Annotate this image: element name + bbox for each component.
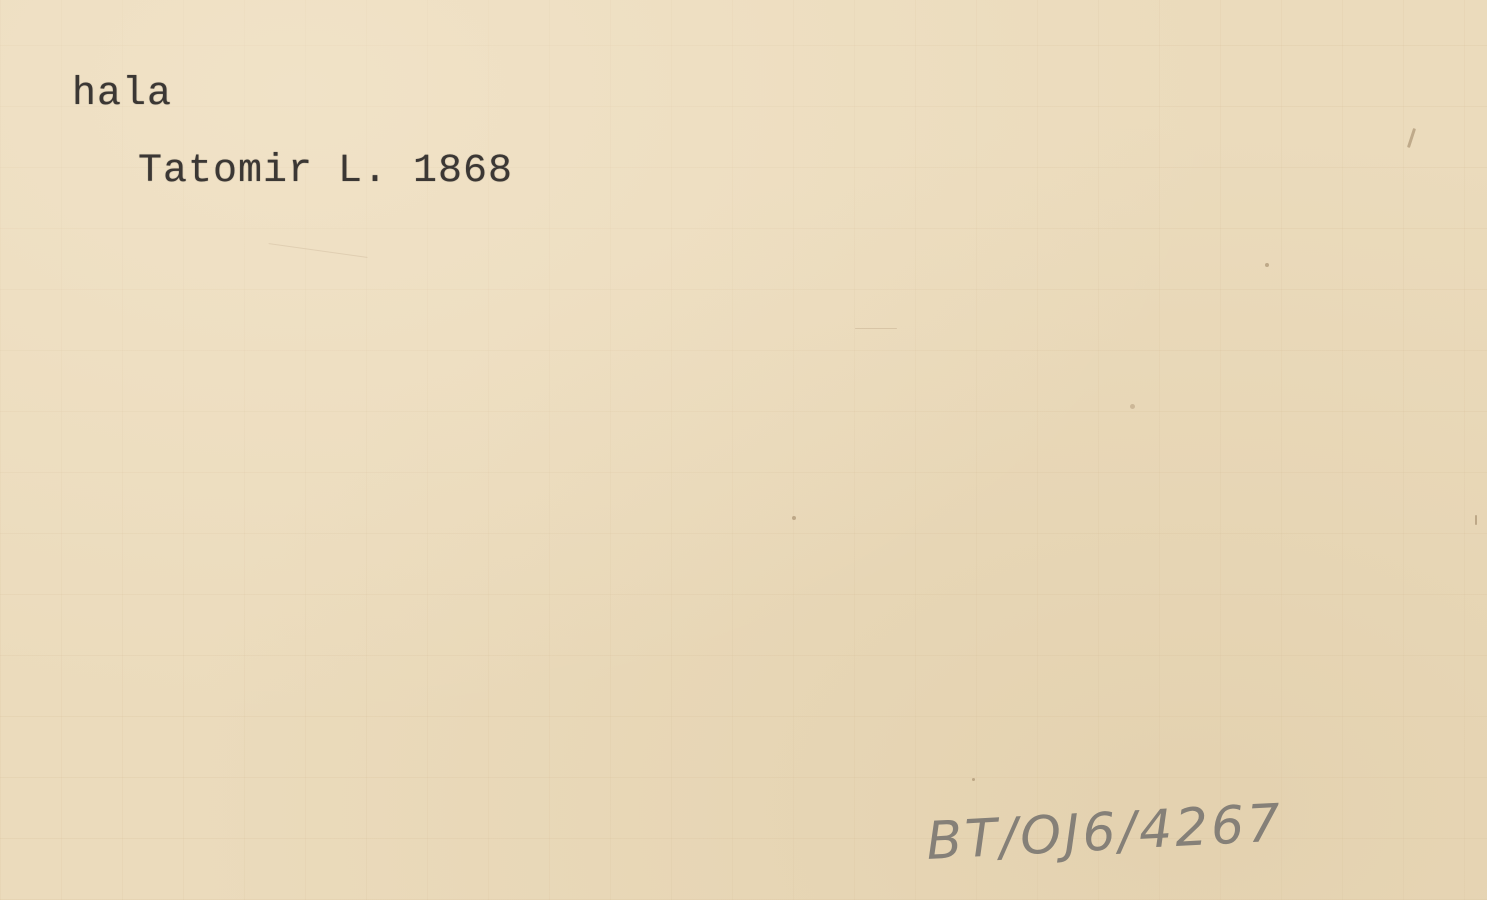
paper-fleck <box>1475 515 1477 525</box>
paper-fleck <box>792 516 796 520</box>
citation: Tatomir L. 1868 <box>138 152 513 192</box>
paper-fleck <box>1407 128 1416 148</box>
shelf-mark: BT/OJ6/4267 <box>925 793 1285 872</box>
index-card: hala Tatomir L. 1868 BT/OJ6/4267 <box>0 0 1487 900</box>
paper-fleck <box>268 243 367 258</box>
paper-fleck <box>1265 263 1269 267</box>
headword: hala <box>72 75 172 115</box>
paper-fleck <box>1130 404 1135 409</box>
paper-fleck <box>972 778 975 781</box>
paper-fleck <box>855 328 897 329</box>
